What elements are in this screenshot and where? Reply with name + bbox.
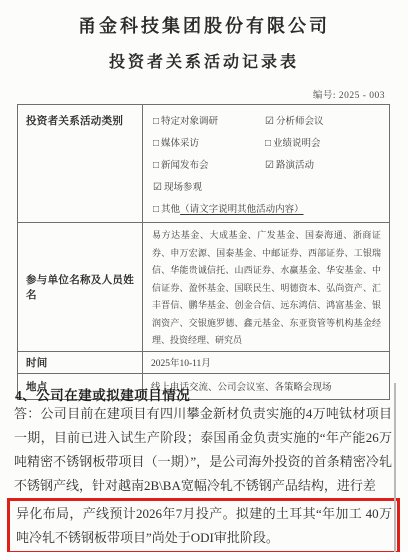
checkbox-option-special-survey: □特定对象调研: [153, 111, 265, 133]
checkbox-option-label: 特定对象调研: [161, 117, 218, 127]
checkbox-option-analyst-meeting: ☑分析师会议: [265, 111, 388, 133]
answer-intro-text: 答：公司目前在建项目有四川攀金新材负责实施的4万吨钛材项目一期，目前已进入试生产…: [14, 402, 392, 498]
participants-list: 易方达基金、大成基金、广发基金、国泰海通、浙商证券、申万宏源、国泰基金、中邮证券…: [144, 224, 388, 350]
document-page: 甬金科技集团股份有限公司 投资者关系活动记录表 编号: 2025 - 003 投…: [0, 0, 408, 552]
checkbox-unchecked-icon: □: [153, 204, 159, 215]
participants-cell: 易方达基金、大成基金、广发基金、国泰海通、浙商证券、申万宏源、国泰基金、中邮证券…: [143, 223, 390, 352]
checkbox-checked-icon: ☑: [153, 182, 162, 193]
document-title: 投资者关系活动记录表: [0, 49, 408, 72]
answer-paragraph: 答：公司目前在建项目有四川攀金新材负责实施的4万吨钛材项目一期，目前已进入试生产…: [14, 402, 392, 552]
section-heading: 4、公司在建或拟建项目情况: [15, 384, 190, 404]
row-label-participants: 参与单位名称及人员姓名: [18, 223, 143, 352]
checkbox-option-label: 路演活动: [276, 161, 314, 171]
table-row-participants: 参与单位名称及人员姓名 易方达基金、大成基金、广发基金、国泰海通、浙商证券、申万…: [18, 223, 390, 352]
checkbox-option-label: 现场参观: [164, 183, 202, 193]
company-title: 甬金科技集团股份有限公司: [0, 12, 408, 38]
row-label-time: 时间: [18, 351, 143, 373]
checkbox-unchecked-icon: □: [153, 138, 159, 149]
other-option-note: （请文字说明其他活动内容）: [180, 205, 304, 215]
checkbox-unchecked-icon: □: [265, 138, 271, 149]
checkbox-unchecked-icon: □: [153, 116, 159, 127]
checkbox-option-roadshow: ☑路演活动: [265, 155, 388, 177]
answer-highlighted-text: 异化布局，产线预计2026年7月投产。拟建的土耳其“年加工 40万吨冷轧不锈钢板…: [16, 506, 392, 545]
checkbox-option-label: 新闻发布会: [161, 161, 209, 171]
checkbox-option-label: 媒体采访: [161, 139, 199, 149]
activity-type-options: □特定对象调研 ☑分析师会议 □媒体采访 □业绩说明会 □新闻发布会 ☑路演活动…: [144, 106, 388, 221]
table-row-activity-type: 投资者关系活动类别 □特定对象调研 ☑分析师会议 □媒体采访 □业绩说明会 □新…: [18, 105, 390, 223]
checkbox-unchecked-icon: □: [153, 160, 159, 171]
document-number: 编号: 2025 - 003: [313, 87, 385, 101]
checkbox-option-label: 分析师会议: [276, 117, 324, 127]
checkbox-option-site-visit: ☑现场参观: [153, 177, 388, 199]
checkbox-checked-icon: ☑: [265, 116, 274, 127]
checkbox-option-label: 业绩说明会: [273, 139, 321, 149]
checkbox-option-media-interview: □媒体采访: [153, 133, 265, 155]
checkbox-checked-icon: ☑: [265, 160, 274, 171]
checkbox-option-other: □其他（请文字说明其他活动内容）: [153, 199, 388, 221]
page-edge-line: [394, 383, 396, 552]
checkbox-option-earnings-briefing: □业绩说明会: [265, 133, 388, 155]
checkbox-option-press-conference: □新闻发布会: [153, 155, 265, 177]
red-highlight-box: 异化布局，产线预计2026年7月投产。拟建的土耳其“年加工 40万吨冷轧不锈钢板…: [7, 498, 400, 552]
checkbox-option-label: 其他: [161, 205, 180, 215]
table-row-time: 时间 2025年10-11月: [18, 351, 390, 373]
time-value: 2025年10-11月: [143, 351, 390, 373]
row-label-activity-type: 投资者关系活动类别: [18, 105, 143, 223]
activity-type-cell: □特定对象调研 ☑分析师会议 □媒体采访 □业绩说明会 □新闻发布会 ☑路演活动…: [143, 105, 390, 223]
record-table: 投资者关系活动类别 □特定对象调研 ☑分析师会议 □媒体采访 □业绩说明会 □新…: [17, 104, 390, 400]
